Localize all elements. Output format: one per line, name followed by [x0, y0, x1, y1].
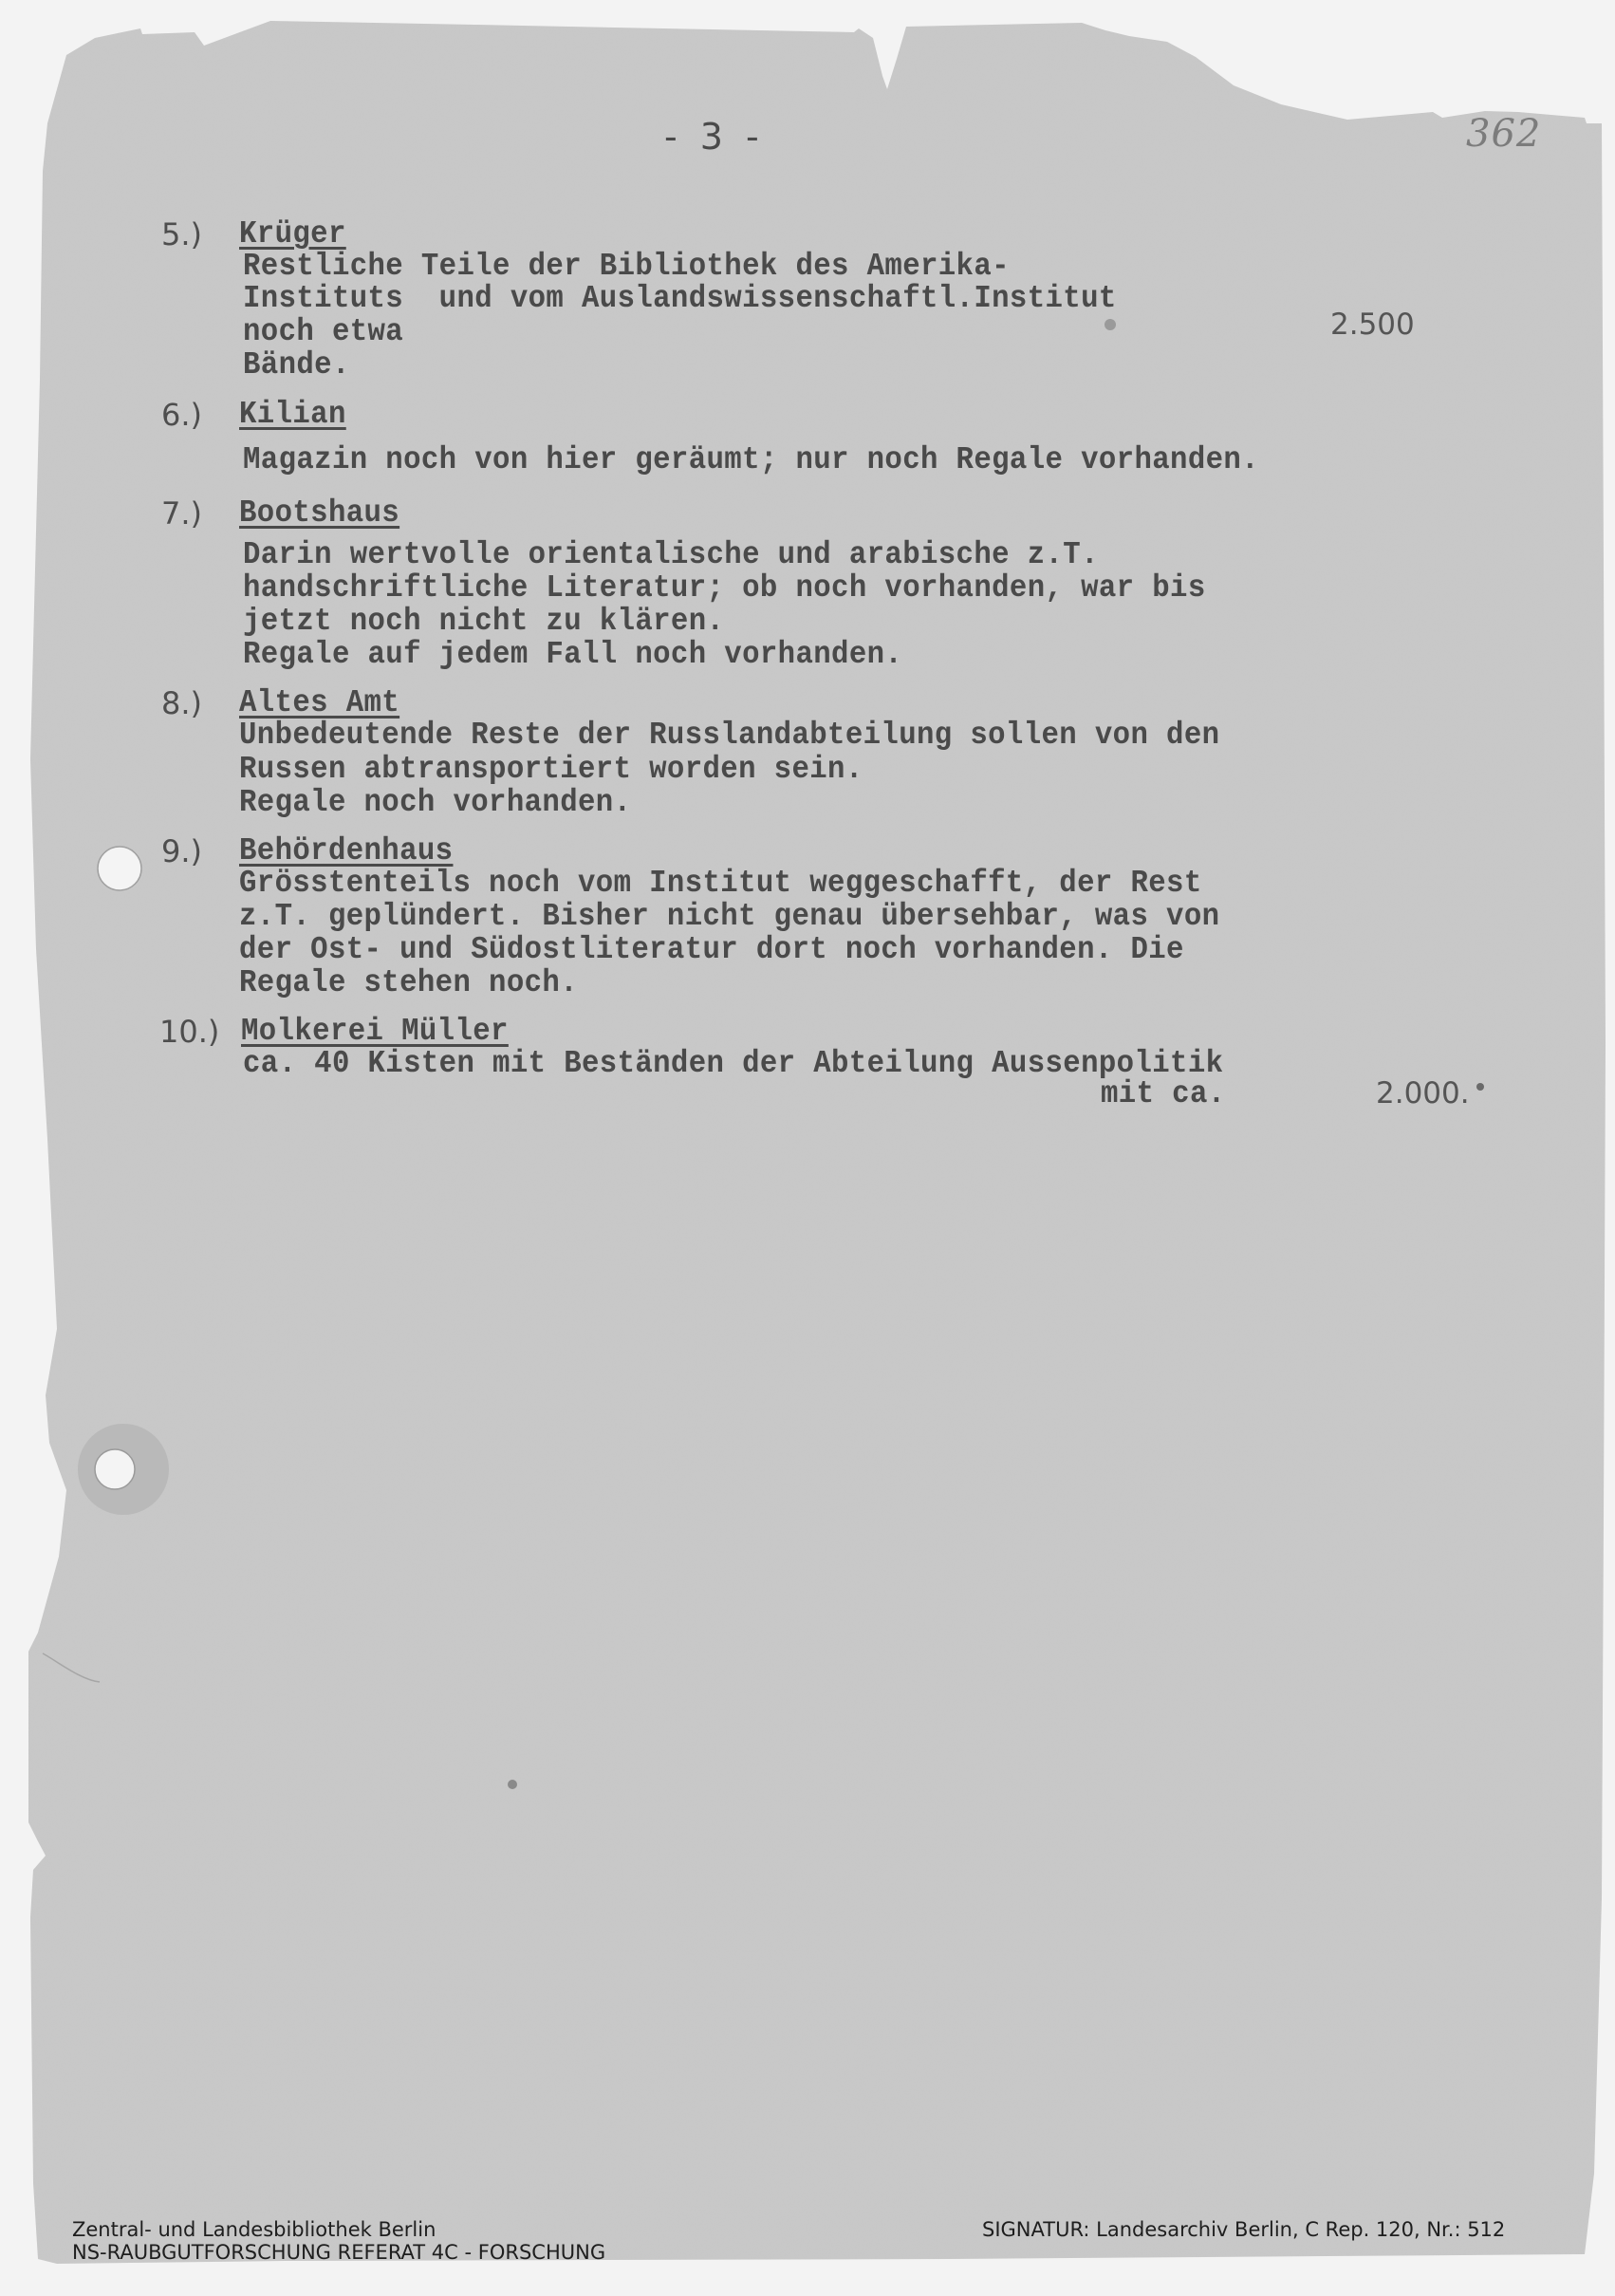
punch-hole-lower — [95, 1449, 135, 1489]
entry-heading: Molkerei Müller — [241, 1014, 509, 1049]
punch-hole-upper — [98, 847, 141, 890]
entry-number: 6.) — [161, 397, 202, 433]
entry-line: Regale auf jedem Fall noch vorhanden. — [243, 637, 902, 672]
entry-number: 9.) — [161, 833, 202, 869]
entry-line: Magazin noch von hier geräumt; nur noch … — [243, 442, 1259, 477]
entry-line: Bände. — [243, 347, 350, 383]
entry-line: jetzt noch nicht zu klären. — [243, 604, 724, 639]
entry-line: Restliche Teile der Bibliothek des Ameri… — [243, 249, 1010, 284]
entry-line: Darin wertvolle orientalische und arabis… — [243, 537, 1099, 572]
entry-line: der Ost- und Südostliteratur dort noch v… — [239, 932, 1184, 967]
entry-trailing-label: mit ca. — [1101, 1076, 1226, 1111]
entry-line: ca. 40 Kisten mit Beständen der Abteilun… — [243, 1046, 1223, 1081]
entry-heading: Altes Amt — [239, 685, 399, 720]
entry-heading: Bootshaus — [239, 495, 399, 531]
page-number-marker: - 3 - — [664, 116, 765, 158]
ink-speck — [1105, 319, 1116, 330]
ink-speck — [508, 1780, 517, 1789]
entry-number: 7.) — [161, 495, 202, 532]
entry-line: z.T. geplündert. Bisher nicht genau über… — [239, 899, 1219, 934]
entry-line: Instituts und vom Auslandswissenschaftl.… — [243, 281, 1117, 316]
entry-line: Unbedeutende Reste der Russlandabteilung… — [239, 718, 1219, 753]
volume-count: 2.000. — [1376, 1076, 1470, 1111]
entry-heading: Kilian — [239, 397, 346, 432]
footer-department: NS-RAUBGUTFORSCHUNG REFERAT 4C - FORSCHU… — [72, 2241, 605, 2264]
entry-line: noch etwa — [243, 314, 403, 349]
footer-signature: SIGNATUR: Landesarchiv Berlin, C Rep. 12… — [982, 2218, 1505, 2241]
entry-line: handschriftliche Literatur; ob noch vorh… — [243, 570, 1206, 606]
entry-number: 5.) — [161, 216, 202, 252]
entry-heading: Krüger — [239, 216, 346, 252]
entry-line: Russen abtransportiert worden sein. — [239, 752, 863, 787]
entry-line: Grösstenteils noch vom Institut weggesch… — [239, 866, 1202, 901]
entry-number: 10.) — [159, 1014, 219, 1050]
handwritten-folio-number: 362 — [1466, 112, 1541, 156]
ink-speck — [1476, 1083, 1484, 1091]
volume-count: 2.500 — [1330, 308, 1415, 342]
entry-number: 8.) — [161, 685, 202, 721]
entry-line: Regale stehen noch. — [239, 965, 578, 1000]
footer-library-name: Zentral- und Landesbibliothek Berlin — [72, 2218, 436, 2241]
entry-heading: Behördenhaus — [239, 833, 453, 868]
entry-line: Regale noch vorhanden. — [239, 785, 631, 820]
